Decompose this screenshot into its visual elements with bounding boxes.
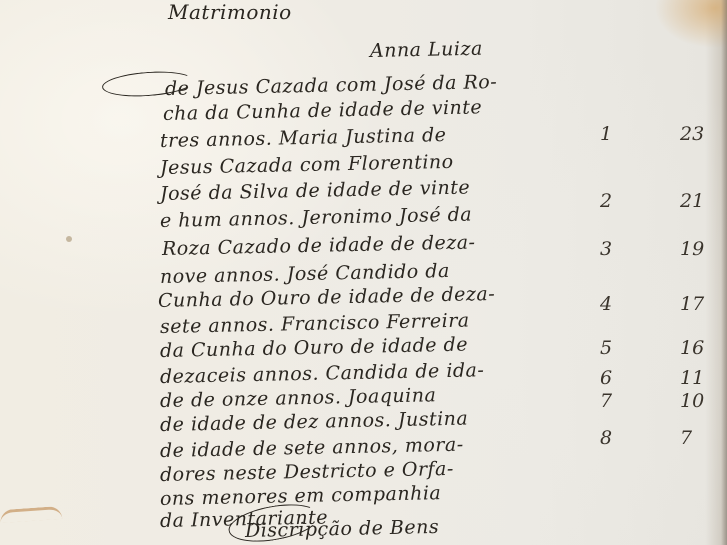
- paper-stain: [0, 506, 62, 523]
- manuscript-line: ons menores em companhia: [160, 482, 442, 510]
- heir-age: 7: [680, 427, 692, 449]
- page-edge-shadow: [721, 0, 727, 545]
- heir-age: 23: [680, 123, 704, 145]
- heir-number: 4: [600, 293, 612, 315]
- heir-age: 11: [680, 367, 704, 389]
- manuscript-line: de Jesus Cazada com José da Ro-: [165, 71, 498, 100]
- heir-age: 17: [680, 293, 704, 315]
- heir-number: 1: [600, 123, 612, 145]
- manuscript-line: Cunha do Ouro de idade de deza-: [158, 283, 496, 312]
- manuscript-line: da Cunha do Ouro de idade de: [160, 334, 468, 362]
- manuscript-line: Jesus Cazada com Florentino: [160, 151, 454, 179]
- heir-number: 5: [600, 337, 612, 359]
- manuscript-line: Roza Cazado de idade de deza-: [162, 231, 476, 260]
- heir-number: 7: [600, 390, 612, 412]
- manuscript-line: de idade de dez annos. Justina: [160, 408, 469, 436]
- heir-number: 8: [600, 427, 612, 449]
- manuscript-page: Matrimonio Anna Luizade Jesus Cazada com…: [0, 0, 727, 545]
- manuscript-line: e hum annos. Jeronimo José da: [160, 203, 473, 232]
- manuscript-line: tres annos. Maria Justina de: [160, 124, 447, 152]
- heir-age: 21: [680, 190, 704, 212]
- section-heading: Matrimonio: [168, 0, 292, 24]
- heir-age: 10: [680, 390, 704, 412]
- heir-number: 6: [600, 367, 612, 389]
- manuscript-line: cha da Cunha de idade de vinte: [163, 96, 483, 125]
- paper-speck: [66, 236, 72, 242]
- manuscript-line: José da Silva de idade de vinte: [160, 177, 471, 205]
- heir-number: 3: [600, 238, 612, 260]
- heir-number: 2: [600, 190, 612, 212]
- heir-age: 16: [680, 337, 704, 359]
- heir-age: 19: [680, 238, 704, 260]
- manuscript-line: de de onze annos. Joaquina: [160, 384, 437, 412]
- manuscript-line: Anna Luiza: [370, 38, 483, 62]
- manuscript-line: Discripção de Bens: [245, 516, 440, 542]
